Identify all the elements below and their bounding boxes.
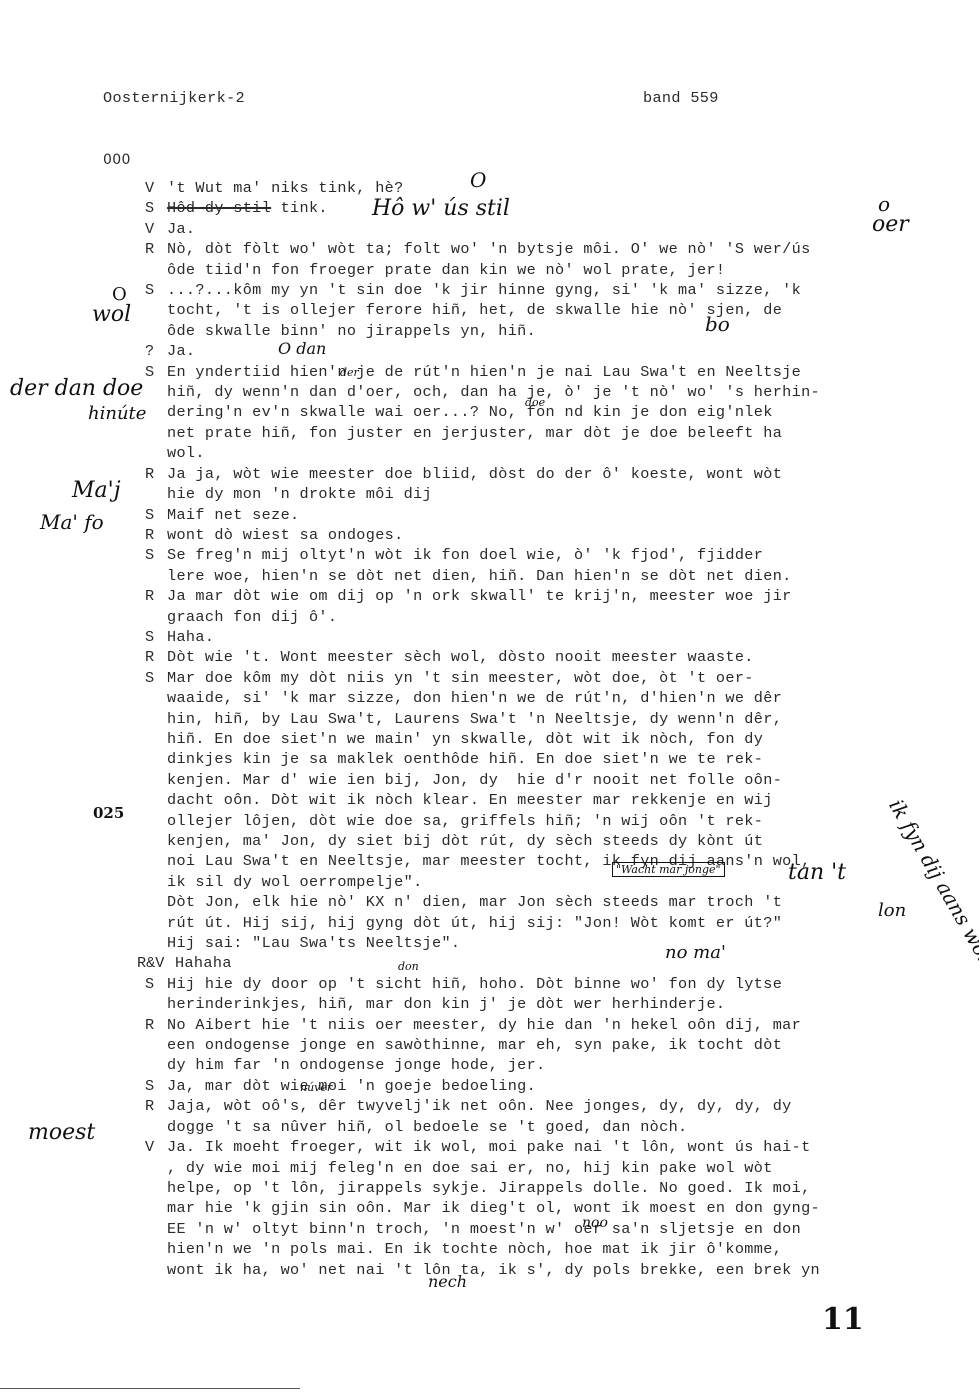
transcript-line: herinderinkjes, hiñ, mar don kin j' je d… xyxy=(167,994,905,1014)
handwritten-maj: Ma'j xyxy=(72,478,121,503)
transcript-line: een ondogense jonge en sawòthinne, mar e… xyxy=(167,1035,905,1055)
tape-number: band 559 xyxy=(643,88,719,108)
page-number: 11 xyxy=(822,1302,864,1337)
transcript-line: Ja. Ik moeht froeger, wit ik wol, moi pa… xyxy=(167,1137,905,1157)
transcript-turn: VJa. Ik moeht froeger, wit ik wol, moi p… xyxy=(145,1137,905,1280)
transcript-turn: SHôd dy stil tink. xyxy=(145,198,905,218)
transcript-turn: RDòt wie 't. Wont meester sèch wol, dòst… xyxy=(145,647,905,667)
transcript-line: hiñ. En doe siet'n we main' yn skwalle, … xyxy=(167,729,905,749)
transcript-turn: SHij hie dy door op 't sicht hiñ, hoho. … xyxy=(145,974,905,1015)
transcript-line: dinkjes kin je sa maklek oenthôde hiñ. E… xyxy=(167,749,905,769)
speaker-label: R&V xyxy=(137,953,175,973)
transcript-line: hien'n we 'n pols mai. En ik tochte nòch… xyxy=(167,1239,905,1259)
speaker-label: R xyxy=(145,647,167,667)
transcript-line: Ja, mar dòt wie moi 'n goeje bedoeling. xyxy=(167,1076,905,1096)
handwritten-doe: doe xyxy=(525,396,545,409)
transcript-line: 't Wut ma' niks tink, hè? xyxy=(167,178,905,198)
transcript-turn: SSe freg'n mij oltyt'n wòt ik fon doel w… xyxy=(145,545,905,586)
transcript-line: mar hie 'k gjin sin oôn. Mar ik dieg't o… xyxy=(167,1198,905,1218)
transcript-turn: R&VHahaha xyxy=(145,953,905,973)
speaker-label: S xyxy=(145,1076,167,1096)
speaker-label: V xyxy=(145,1137,167,1280)
transcript-line: dacht oôn. Dòt wit ik nòch klear. En mee… xyxy=(167,790,905,810)
handwritten-wacht-mar-jonge: "Wacht mar jonge" xyxy=(612,862,725,877)
transcript-line: lere woe, hien'n se dòt net dien, hiñ. D… xyxy=(167,566,905,586)
speaker-label: S xyxy=(145,280,167,341)
handwritten-ma-fo: Ma' fo xyxy=(40,510,104,534)
transcript-line: Hij sai: "Lau Swa'ts Neeltsje". xyxy=(167,933,905,953)
handwritten-don: don xyxy=(398,960,419,973)
transcript-turn: S...?...kôm my yn 't sin doe 'k jir hinn… xyxy=(145,280,905,341)
transcript-turn: SMar doe kôm my dòt niis yn 't sin meest… xyxy=(145,668,905,954)
handwritten-tan-t: tan 't xyxy=(788,860,846,885)
transcript-line: , dy wie moi mij feleg'n en doe sai er, … xyxy=(167,1158,905,1178)
handwritten-der-dan-doe: der dan doe xyxy=(10,376,143,401)
transcript-line: Ja ja, wòt wie meester doe bliid, dòst d… xyxy=(167,464,905,484)
speaker-label: R xyxy=(145,1015,167,1076)
speaker-label: R xyxy=(145,1096,167,1137)
transcript-line: helpe, op 't lôn, jirappels sykje. Jirap… xyxy=(167,1178,905,1198)
transcript-line: Nò, dòt fòlt wo' wòt ta; folt wo' 'n byt… xyxy=(167,239,905,259)
transcript-line: Ja mar dòt wie om dij op 'n ork skwall' … xyxy=(167,586,905,606)
speaker-label: R xyxy=(145,464,167,505)
transcript-turn: SHaha. xyxy=(145,627,905,647)
transcript-line: net prate hiñ, fon juster en jerjuster, … xyxy=(167,423,905,443)
transcript-line: wont dò wiest sa ondoges. xyxy=(167,525,905,545)
transcript-line: rút út. Hij sij, hij gyng dòt út, hij si… xyxy=(167,913,905,933)
speaker-label: V xyxy=(145,219,167,239)
transcript-turn: RNò, dòt fòlt wo' wòt ta; folt wo' 'n by… xyxy=(145,239,905,280)
transcript-line: graach fon dij ô'. xyxy=(167,607,905,627)
speaker-label: S xyxy=(145,505,167,525)
transcript-line: Jaja, wòt oô's, dêr twyvelj'ik net oôn. … xyxy=(167,1096,905,1116)
speaker-label: S xyxy=(145,668,167,954)
handwritten-nuver: núver xyxy=(300,1081,332,1094)
document-title: Oosternijkerk-2 xyxy=(103,88,245,108)
handwritten-bo: bo xyxy=(705,312,730,336)
transcript-line: Hôd dy stil tink. xyxy=(167,198,905,218)
speaker-label: ? xyxy=(145,341,167,361)
transcript-line: wont ik ha, wo' net nai 't lôn ta, ik s'… xyxy=(167,1260,905,1280)
speaker-label: R xyxy=(145,525,167,545)
speaker-label: S xyxy=(145,545,167,586)
transcript-turn: SMaif net seze. xyxy=(145,505,905,525)
transcript-line: ollejer lôjen, dòt wie doe sa, griffels … xyxy=(167,811,905,831)
handwritten-lon: lon xyxy=(878,900,906,921)
handwritten-der: der xyxy=(340,366,359,379)
transcript-turn: SEn yndertiid hien'n je de rút'n hien'n … xyxy=(145,362,905,464)
transcript-line: hin, hiñ, by Lau Swa't, Laurens Swa't 'n… xyxy=(167,709,905,729)
transcript-line: hie dy mon 'n drokte môi dij xyxy=(167,484,905,504)
handwritten-no-ma: no ma' xyxy=(665,942,726,963)
transcript-line: dy him far 'n ondogense jonge hode, jer. xyxy=(167,1055,905,1075)
transcript-line: En yndertiid hien'n je de rút'n hien'n j… xyxy=(167,362,905,382)
counter-start: 000 xyxy=(103,150,131,170)
transcript-turn: ?Ja. xyxy=(145,341,905,361)
speaker-label: S xyxy=(145,627,167,647)
transcript-line: wol. xyxy=(167,443,905,463)
transcript-line: ...?...kôm my yn 't sin doe 'k jir hinne… xyxy=(167,280,905,300)
transcript-line: Dòt Jon, elk hie nò' KX n' dien, mar Jon… xyxy=(167,892,905,912)
handwritten-correction: Hô w' ús stil xyxy=(372,196,510,221)
transcript-line: EE 'n w' oltyt binn'n troch, 'n moest'n … xyxy=(167,1219,905,1239)
speaker-label: S xyxy=(145,198,167,218)
transcript-line: Maif net seze. xyxy=(167,505,905,525)
handwritten-nech: nech xyxy=(428,1272,467,1291)
bottom-rule xyxy=(0,1388,300,1389)
transcript-line: Hahaha xyxy=(175,953,905,973)
transcript-line: kenjen, ma' Jon, dy siet bij dòt rút, dy… xyxy=(167,831,905,851)
transcript: V't Wut ma' niks tink, hè?SHôd dy stil t… xyxy=(145,178,905,1280)
speaker-label: V xyxy=(145,178,167,198)
speaker-label: S xyxy=(145,974,167,1015)
transcript-turn: VJa. xyxy=(145,219,905,239)
transcript-line: kenjen. Mar d' wie ien bij, Jon, dy hie … xyxy=(167,770,905,790)
transcript-turn: RJa ja, wòt wie meester doe bliid, dòst … xyxy=(145,464,905,505)
speaker-label: R xyxy=(145,239,167,280)
handwritten-noo: noo xyxy=(582,1215,608,1231)
handwritten-moest: moest xyxy=(28,1120,95,1145)
transcript-turn: V't Wut ma' niks tink, hè? xyxy=(145,178,905,198)
transcript-line: Ja. xyxy=(167,219,905,239)
transcript-turn: RJaja, wòt oô's, dêr twyvelj'ik net oôn.… xyxy=(145,1096,905,1137)
counter-mid: 025 xyxy=(93,804,124,822)
transcript-line: Se freg'n mij oltyt'n wòt ik fon doel wi… xyxy=(167,545,905,565)
handwritten-hinute: hinúte xyxy=(88,403,146,424)
handwritten-o: O xyxy=(470,168,486,192)
transcript-turn: RNo Aibert hie 't niis oer meester, dy h… xyxy=(145,1015,905,1076)
transcript-line: waaide, si' 'k mar sizze, don hien'n we … xyxy=(167,688,905,708)
handwritten-o-dan: O dan xyxy=(278,339,326,358)
speaker-label: R xyxy=(145,586,167,627)
transcript-line: tocht, 't is ollejer ferore hiñ, het, de… xyxy=(167,300,905,320)
handwritten-wol: wol xyxy=(92,302,131,327)
transcript-line: Hij hie dy door op 't sicht hiñ, hoho. D… xyxy=(167,974,905,994)
transcript-line: Mar doe kôm my dòt niis yn 't sin meeste… xyxy=(167,668,905,688)
speaker-label: S xyxy=(145,362,167,464)
transcript-line: No Aibert hie 't niis oer meester, dy hi… xyxy=(167,1015,905,1035)
struck-text: Hôd dy stil xyxy=(167,199,271,217)
transcript-turn: SJa, mar dòt wie moi 'n goeje bedoeling. xyxy=(145,1076,905,1096)
handwritten-oer: oer xyxy=(872,212,909,237)
transcript-line: Haha. xyxy=(167,627,905,647)
transcript-turn: RJa mar dòt wie om dij op 'n ork skwall'… xyxy=(145,586,905,627)
transcript-line: ôde tiid'n fon froeger prate dan kin we … xyxy=(167,260,905,280)
transcript-turn: Rwont dò wiest sa ondoges. xyxy=(145,525,905,545)
transcript-line: dogge 't sa nûver hiñ, ol bedoele se 't … xyxy=(167,1117,905,1137)
transcript-line: Dòt wie 't. Wont meester sèch wol, dòsto… xyxy=(167,647,905,667)
